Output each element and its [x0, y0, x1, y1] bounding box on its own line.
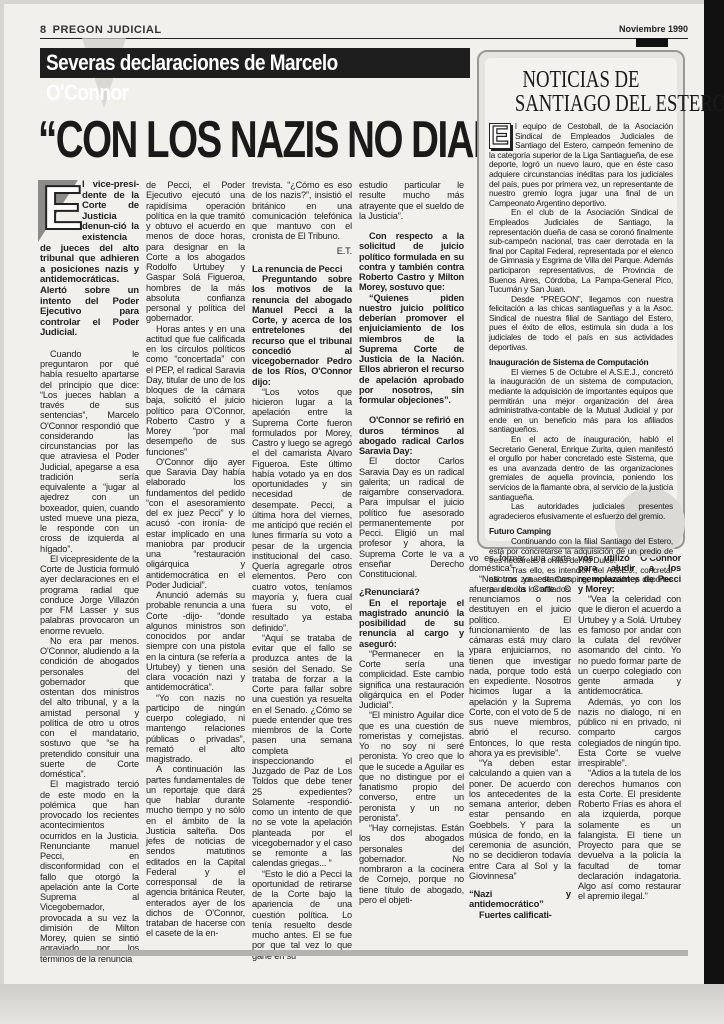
paragraph: l equipo de Cestoball, de la Asociación …: [489, 122, 673, 208]
article-column-2: de Pecci, el Poder Ejecutivo ejecutó una…: [146, 180, 245, 939]
bold-paragraph: En el reportaje el magistrado anunció la…: [359, 598, 464, 649]
paragraph: El doctor Carlos Saravia Day es un radic…: [359, 456, 464, 579]
bold-quote: “Quienes piden nuestro juicio político d…: [359, 293, 464, 406]
subheading: La renuncia de Pecci: [252, 264, 352, 274]
sidebar-dropcap: E: [489, 123, 511, 149]
paragraph: “Los votos que hicieron lugar a la apela…: [252, 387, 352, 633]
paragraph: Además, yo con los nazis no dialogo, ni …: [578, 697, 681, 769]
dropcap: E: [38, 180, 78, 242]
header-tab: [636, 38, 668, 47]
page-header: 8PREGON JUDICIAL Noviembre 1990: [40, 24, 688, 39]
paragraph: En el club de la Asociación Sindical de …: [489, 208, 673, 294]
scan-bottom: [0, 984, 724, 1024]
author-signature: E.T.: [252, 246, 352, 256]
sidebar-subtitle: SANTIAGO DEL ESTERO: [485, 92, 677, 116]
article-headline: “CON LOS NAZIS NO DIALOGO”: [38, 110, 478, 170]
paragraph: El magistrado terció de este modo en la …: [40, 779, 139, 964]
paragraph: “Permanecer en la Corte sería una compli…: [359, 649, 464, 711]
bottom-rule: [40, 950, 688, 956]
bold-paragraph: Fuertes calificati-: [469, 910, 571, 920]
paragraph: Anunció además su probable renuncia a un…: [146, 590, 245, 693]
sidebar-body: E l equipo de Cestoball, de la Asociació…: [489, 122, 673, 595]
sidebar-inner: NOTICIAS DE SANTIAGO DEL ESTERO E l equi…: [485, 58, 677, 541]
sidebar-title: NOTICIAS DE: [485, 68, 677, 92]
publication-name: PREGON JUDICIAL: [53, 24, 162, 36]
paragraph: Cuando le preguntaron por qué había resu…: [40, 349, 139, 554]
subheading: “Nazi y antidemocrático”: [469, 889, 571, 910]
paragraph: A continuación las partes fundamentales …: [146, 764, 245, 938]
paragraph: En el acto de inauguración, habló el Sec…: [489, 435, 673, 502]
paragraph: trevista. “¿Cómo es eso de los nazis?”, …: [252, 180, 352, 242]
bold-paragraph: Preguntando sobre los motivos de la renu…: [252, 274, 352, 387]
paragraph: estudio particular le resulte mucho más …: [359, 180, 464, 221]
article-column-6: vos utilizó O'Connor para aludir a los r…: [578, 553, 681, 902]
issue-date: Noviembre 1990: [619, 24, 688, 34]
paragraph: El viernes 5 de Octubre el A.S.E.J., con…: [489, 368, 673, 435]
paragraph: “Esto le dió a Pecci la oportunidad de r…: [252, 869, 352, 961]
paragraph: “Ya deben estar calculando a quien van a…: [469, 758, 571, 881]
paragraph: Horas antes y en una actitud que fue cal…: [146, 324, 245, 457]
paragraph: Desde “PREGON”, llegamos con nuestra fel…: [489, 295, 673, 353]
paragraph: Tras ello, es intención del A.S.E.J., co…: [489, 566, 673, 595]
article-column-5: vo es formar una corte doméstica” “Nosot…: [469, 553, 571, 920]
paragraph: O'Connor dijo ayer que Saravia Day había…: [146, 457, 245, 590]
subheading: ¿Renunciará?: [359, 587, 464, 597]
paragraph: “Aquí se trataba de evitar que el fallo …: [252, 633, 352, 869]
paragraph: “Hay cornejistas. Están los dos abogados…: [359, 823, 464, 905]
bold-paragraph: O'Connor se refirió en duros términos al…: [359, 415, 464, 456]
article-column-4: estudio particular le resulte mucho más …: [359, 180, 464, 905]
paragraph: “Adios a la tutela de los derechos human…: [578, 768, 681, 901]
paragraph: de Pecci, el Poder Ejecutivo ejecutó una…: [146, 180, 245, 324]
paragraph: Las autoridades judiciales presentes agr…: [489, 502, 673, 521]
paragraph: No era par menos. O'Connor, aludiendo a …: [40, 636, 139, 780]
article-kicker: Severas declaraciones de Marcelo O'Conno…: [40, 48, 470, 78]
page-number: 8: [40, 24, 47, 36]
paragraph: “Vea la celeridad con que le dieron el a…: [578, 594, 681, 697]
paragraph: “Yo con nazis no participo de ningún cue…: [146, 693, 245, 765]
paragraph: El vicepresidente de la Corte de Justici…: [40, 554, 139, 636]
scan-edge: [704, 0, 724, 1024]
paragraph: “Nosotros ya estamos afuera de la Corte.…: [469, 574, 571, 759]
article-column-1: E l vice-presi-dente de la Corte de Just…: [40, 180, 139, 964]
paragraph: Continuando con la filial Santiago del E…: [489, 537, 673, 566]
article-column-3: trevista. “¿Cómo es eso de los nazis?”, …: [252, 180, 352, 961]
paragraph: “El ministro Aguilar dice que es una cue…: [359, 710, 464, 823]
sidebar-box: NOTICIAS DE SANTIAGO DEL ESTERO E l equi…: [477, 50, 685, 549]
publication-masthead: 8PREGON JUDICIAL: [40, 24, 162, 36]
bold-paragraph: Con respecto a la solicitud de juicio po…: [359, 231, 464, 293]
